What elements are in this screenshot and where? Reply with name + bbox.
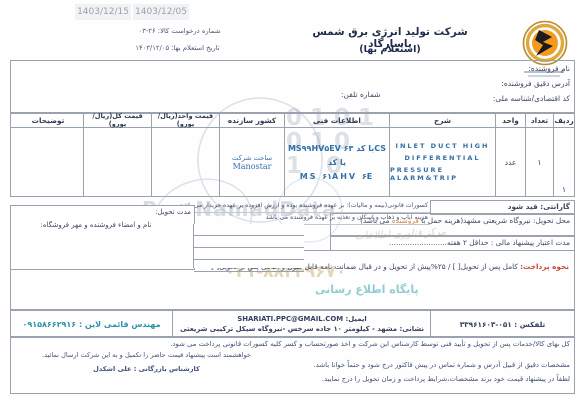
inquiry-document: 0101 010 1 0 ParsNamadData پارس نماد داد… [0,0,576,401]
address-value: نشانی: مشهد - کیلومتر ۱۰ جاده سرخس -نیرو… [180,325,424,333]
phone-label: شماره تلفن: [341,90,380,99]
telefax-cell: تلفکس : ۰۵۱-۳۳۹۶۱۶۰۳ [430,311,574,337]
signature-label: نام و امضاء فروشنده و مهر فروشگاه: [21,221,171,229]
fill-in-line [194,236,304,248]
validity-row: مدت اعتبار پیشنهاد مالی : حداقل ۲ هفته..… [330,235,575,251]
tech-info-line: MS۹۹HV۵EV با کد ۶۳CS [288,144,386,153]
description-line: DIFFERENTIAL [404,154,480,162]
item-description: INLET DUCT HIGH DIFFERENTIAL PRESSURE AL… [389,128,495,196]
signature-box: مدت تحویل: نام و امضاء فروشنده و مهر فرو… [10,205,195,270]
description-line: PRESSURE ALARM&TRIP [390,166,495,182]
col-header-tech-info: اطلاعات فنی [284,113,389,127]
row-no-value: ۱ [562,185,566,196]
validity-text: مدت اعتبار پیشنهاد مالی : حداقل ۲ هفته..… [389,238,570,247]
warranty-text: گارانتی: قید شود [508,202,570,211]
col-header-qty: تعداد [525,113,553,127]
seller-address-label: آدرس دقیق فروشنده: [501,79,570,88]
unit-value: عدد [505,158,517,167]
tech-info-line: یا کد [328,158,346,167]
contact-row: تلفکس : ۰۵۱-۳۳۹۶۱۶۰۳ ایمیل: SHARIATI.PPC… [10,310,575,338]
item-notes [13,128,83,196]
col-header-unit-price: قیمت واحد(ریال/یورو) [151,113,219,127]
item-unit: عدد [495,128,525,196]
col-header-description: شرح [389,113,495,127]
seller-info-box: نام فروشنده: آدرس دقیق فروشنده: کد اقتصا… [10,60,575,114]
note-include-brand: لطفاً در پیشنهاد قیمت خود برند مشخصات،شر… [322,375,570,383]
travel-costs-text: هزینه ایاب و ذهاب و اسکان و تغذیه بر عهد… [266,214,428,221]
date-chip-1: 1403/12/15 [75,4,131,20]
commercial-expert: کارشناس بازرگانی : علی اشکدل [29,365,264,373]
item-tech-info: MS۹۹HV۵EV با کد ۶۳CS یا کد MS ۶۱AHV ۶E [284,128,389,196]
qty-value: ۱ [537,158,541,167]
col-header-unit: واحد [495,113,525,127]
col-header-notes: توضیحات [13,113,83,127]
col-header-total-price: قیمت کل(ریال/یورو) [83,113,151,127]
col-header-manufacturer: کشور سازنده [219,113,284,127]
telefax-value: تلفکس : ۰۵۱-۳۳۹۶۱۶۰۳ [460,320,546,329]
item-qty: ۱ [525,128,553,196]
delivery-place-prefix: محل تحویل: نیروگاه شریعتی مشهد(هزینه حمل… [419,216,570,225]
fill-in-line [194,224,304,236]
fill-in-line [194,248,304,260]
email-value: ایمیل: SHARIATI.PPC@GMAIL.COM [237,315,367,323]
tech-info-line: MS ۶۱AHV ۶E [300,172,374,181]
item-row-no: ۱ [553,128,574,196]
contact-person-value: مهندس قائمی لاین : ۰۹۱۵۸۶۶۲۹۱۶ [22,320,160,329]
notes-box: کل بهای کالا/خدمات پس از تحویل و تأیید ف… [10,336,575,394]
item-total-price [83,128,151,196]
travel-costs-row: هزینه ایاب و ذهاب و اسکان و تغذیه بر عهد… [295,212,430,225]
fill-in-line [194,260,304,272]
item-unit-price [151,128,219,196]
items-table: ردیف تعداد واحد شرح اطلاعات فنی کشور ساز… [10,112,575,197]
description-line: INLET DUCT HIGH [396,142,490,150]
deductions-text: کسورات قانونی(بیمه و مالیات): بر عهده فر… [180,202,428,209]
request-note: خواهشمند است پیشنهاد قیمت حاضر را تکمیل … [29,351,264,359]
request-number: شماره درخواست کالا: ۲۶-۰۳ [132,27,227,35]
economic-code-label: کد اقتصادی/شناسه ملی: [493,94,570,103]
email-address-cell: ایمیل: SHARIATI.PPC@GMAIL.COM نشانی: مشه… [172,311,431,337]
item-manufacturer: ساخت شرکت Manostar [219,128,284,196]
delivery-duration-label: مدت تحویل: [155,208,191,216]
inquiry-date: تاریخ استعلام بها: ۱۴۰۳/۱۲/۰۵ [130,44,225,52]
manufacturer-line: Manostar [233,162,272,171]
note-contact-details: مشخصات دقیق از قبیل آدرس و شماره تماس در… [314,361,570,369]
col-header-row-no: ردیف [553,113,574,127]
note-payment-after-delivery: کل بهای کالا/خدمات پس از تحویل و تأیید ف… [170,340,570,348]
item-row: ۱ ۱ عدد INLET DUCT HIGH DIFFERENTIAL PRE… [11,128,574,196]
date-chip-2: 1403/12/05 [133,4,189,20]
seller-name-label: نام فروشنده: [528,64,570,73]
form-title: (استعلام بها) [295,44,485,55]
items-table-header-row: ردیف تعداد واحد شرح اطلاعات فنی کشور ساز… [11,113,574,128]
payment-label: نحوه پرداخت: [520,262,569,271]
fill-in-lines [193,224,304,268]
contact-person-cell: مهندس قائمی لاین : ۰۹۱۵۸۶۶۲۹۱۶ [11,311,172,337]
manufacturer-line: ساخت شرکت [232,154,272,162]
